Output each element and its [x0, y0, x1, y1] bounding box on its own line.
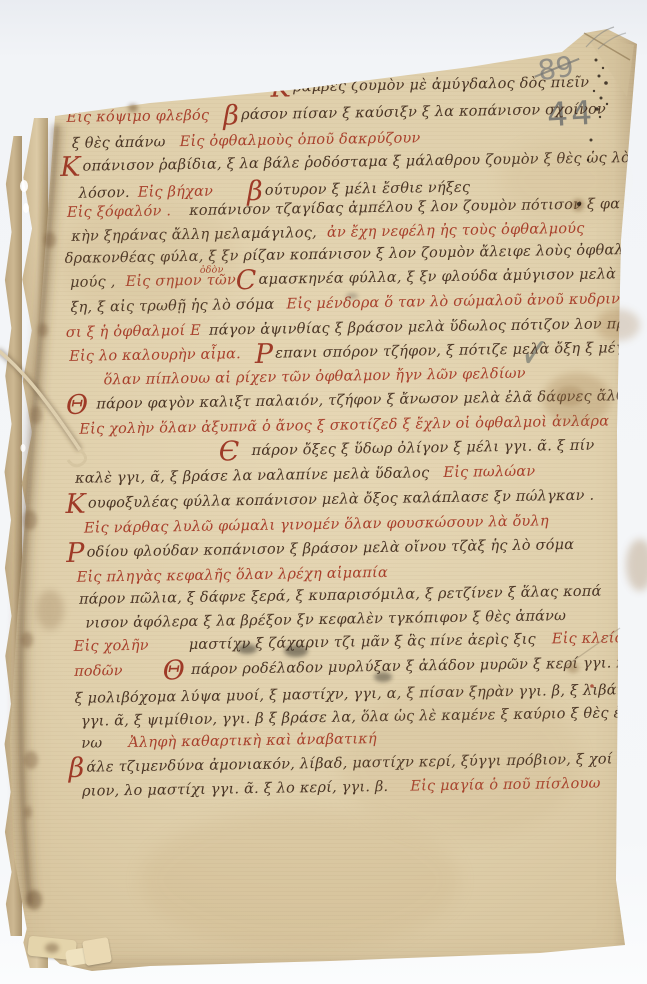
- body-text: νισον ἀφόλερα ξ λα βρέξον ξν κεφαλὲν τγκ…: [85, 609, 566, 632]
- manuscript-line-16: Єπάρον ὄξες ξ ὕδωρ ὀλίγον ξ μέλι γγι. ᾶ.…: [219, 439, 595, 461]
- manuscript-page: ιατρέγι έρα 89 44 ✓ ὅλαν σπασθῇ ἡ φωνήΚρ…: [0, 0, 647, 984]
- body-text: πάρον ροδέλαδον μυρλύξαν ξ ἀλάδον μυρῶν …: [191, 656, 638, 679]
- rubric-text: ὅλαν πίπλουω αἱ ρίχεν τῶν ὀφθαλμον ἤγν λ…: [103, 367, 525, 390]
- manuscript-line-23: νισον ἀφόλερα ξ λα βρέξον ξν κεφαλὲν τγκ…: [85, 609, 566, 632]
- body-text: ράμβες ζουμὸν μὲ ἀμύγδαλος δὸς πιεῖν: [293, 76, 589, 97]
- manuscript-line-18: Κουφοξυλέας φύλλα κοπάνισον μελὰ ὄξος κα…: [65, 489, 594, 513]
- body-text: ξη, ξ αἰς τρωθῇ ἡς λὸ σόμα: [70, 298, 274, 317]
- body-text: ούτυρον ξ μέλι ἔσθιε νήξες: [265, 181, 471, 200]
- manuscript-text-block: ὅλαν σπασθῇ ἡ φωνήΚράμβες ζουμὸν μὲ ἀμύγ…: [0, 0, 647, 984]
- manuscript-line-14: Θπάρον φαγὸν καλιξτ παλαιόν, τζήφον ξ ἄν…: [66, 389, 642, 414]
- pencil-inscription: ιατρέγι έρα: [227, 31, 379, 73]
- body-text: οπάνισον ῥαβίδια, ξ λα βάλε ῥοδόσταμα ξ …: [82, 151, 639, 176]
- rubric-text: Εἰς βήχαν: [138, 185, 214, 202]
- manuscript-line-12: Εἰς λο καλουρὴν αἷμα.Ρεπανι σπόρον τζήφο…: [69, 341, 647, 366]
- body-text: πάγον ἀψινθίας ξ βράσον μελὰ ὕδωλος πότι…: [209, 317, 643, 340]
- manuscript-line-15: Εἰς χολὴν ὅλαν ἀξυπνᾶ ὁ ἄνος ξ σκοτίζεδ …: [79, 414, 609, 438]
- manuscript-line-21: Εἰς πληγὰς κεφαλῆς ὅλαν λρέχη αἱμαπία: [77, 566, 388, 587]
- manuscript-line-3: ξ θὲς ἀπάνωΕἰς ὀφθαλμοὺς ὁποῦ δακρύζουν: [72, 131, 421, 152]
- manuscript-line-30: ριον, λο μαστίχι γγι. ᾶ. ξ λο κερί, γγι.…: [82, 777, 601, 801]
- body-text: πάρον πῶλια, ξ δάφνε ξερά, ξ κυπαρισόμιλ…: [79, 585, 602, 609]
- manuscript-line-7: κὴν ξηράνας ἄλλη μελαμάγιλος,ἀν ἔχη νεφέ…: [71, 222, 585, 246]
- body-text: οδίου φλούδαν κοπάνισον ξ βράσον μελὰ οἴ…: [87, 538, 575, 562]
- rubric-text: Εἰς κόψιμο φλεβός: [66, 109, 209, 127]
- body-text: αμασκηνέα φύλλα, ξ ξν φλούδα ἀμύγισον με…: [258, 267, 629, 289]
- paper-tab: [82, 937, 112, 966]
- manuscript-line-26: ξ μολιβόχομα λύψα μυοί, ξ μαστίχν, γγι, …: [74, 683, 631, 708]
- scan-background: ιατρέγι έρα 89 44 ✓ ὅλαν σπασθῇ ἡ φωνήΚρ…: [0, 0, 647, 984]
- rubric-text: Εἰς κλείσαν: [552, 631, 644, 648]
- body-text: επανι σπόρον τζήφον, ξ πότιζε μελὰ ὄξη ξ…: [275, 341, 647, 363]
- rubric-text: Εἰς πωλώαν: [443, 465, 535, 482]
- rubric-text: Εἰς μένδορα ὅ ταν λὸ σώμαλοῦ ἀνοῦ κυδριν…: [286, 292, 626, 313]
- body-text: πάρον φαγὸν καλιξτ παλαιόν, τζήφον ξ ἄνω…: [96, 389, 642, 414]
- rubric-text: Εἰς μαγία ὁ ποῦ πίσλουω: [410, 777, 600, 796]
- rubric-text: Εἰς ὀφθαλμοὺς ὁποῦ δακρύζουν: [180, 131, 421, 151]
- manuscript-line-22: πάρον πῶλια, ξ δάφνε ξερά, ξ κυπαρισόμιλ…: [79, 585, 602, 609]
- rubric-text: Εἰς πληγὰς κεφαλῆς ὅλαν λρέχη αἱμαπία: [77, 566, 388, 587]
- manuscript-line-28: νωἈληφὴ καθαρτικὴ καὶ ἀναβατική: [81, 732, 377, 753]
- rubric-text: ἀν ἔχη νεφέλη ἠς τοὺς ὀφθαλμούς: [327, 222, 585, 242]
- manuscript-line-17: καλὲ γγι, ᾶ, ξ βράσε λα ναλαπίνε μελὰ ὕδ…: [75, 465, 535, 488]
- manuscript-line-20: Ροδίου φλούδαν κοπάνισον ξ βράσον μελὰ ο…: [66, 538, 574, 562]
- rubric-text: Εἰς χολὴν ὅλαν ἀξυπνᾶ ὁ ἄνος ξ σκοτίζεδ …: [79, 414, 609, 438]
- manuscript-line-27: γγι. ᾶ, ξ ψιμίθιον, γγι. β ξ βράσε λα, ὅ…: [81, 706, 642, 731]
- body-text: ριον, λο μαστίχι γγι. ᾶ. ξ λο κερί, γγι.…: [82, 780, 389, 801]
- manuscript-line-11: σι ξ ἡ ὀφθαλμοί Επάγον ἀψινθίας ξ βράσον…: [66, 317, 643, 342]
- rubric-text: ποδῶν: [74, 664, 123, 681]
- body-text: γγι. ᾶ, ξ ψιμίθιον, γγι. β ξ βράσε λα, ὅ…: [81, 706, 642, 731]
- manuscript-line-4: Κοπάνισον ῥαβίδια, ξ λα βάλε ῥοδόσταμα ξ…: [60, 151, 639, 176]
- body-text: άλε τζιμενδύνα ἀμονιακόν, λίβαδ, μαστίχν…: [86, 752, 612, 776]
- superscript-gloss: ὀδὸν: [200, 265, 224, 276]
- body-text: ξ θὲς ἀπάνω: [72, 135, 166, 152]
- body-text: ὅλαν σπασθῇ ἡ φωνή: [74, 81, 233, 99]
- body-text: λόσον.: [79, 186, 130, 203]
- rubric-text: σι ξ ἡ ὀφθαλμοί Ε: [66, 324, 201, 342]
- manuscript-line-2: Εἰς κόψιμο φλεβόςβράσον πίσαν ξ καύσιξν …: [66, 102, 606, 126]
- rubric-text: Εἰς λο καλουρὴν αἷμα.: [69, 347, 241, 366]
- manuscript-line-8: δρακονθέας φύλα, ξ ξν ρίζαν κοπάνισον ξ …: [65, 243, 624, 268]
- body-text: δρακονθέας φύλα, ξ ξν ρίζαν κοπάνισον ξ …: [65, 243, 624, 268]
- body-text: μαστίχν ξ ζάχαριν τζι μᾶν ξ ἃς πίνε ἀερὶ…: [189, 633, 536, 654]
- body-text: ουφοξυλέας φύλλα κοπάνισον μελὰ ὄξος καλ…: [88, 489, 595, 513]
- manuscript-line-1: ὅλαν σπασθῇ ἡ φωνήΚράμβες ζουμὸν μὲ ἀμύγ…: [74, 76, 589, 100]
- body-text: κὴν ξηράνας ἄλλη μελαμάγιλος,: [71, 226, 317, 246]
- manuscript-line-19: Εἰς νάρθας λυλῶ φώμαλι γινομέν ὅλαν φουσ…: [84, 514, 549, 537]
- body-text: πάρον ὄξες ξ ὕδωρ ὀλίγον ξ μέλι γγι. ᾶ. …: [251, 439, 594, 460]
- manuscript-line-29: βάλε τζιμενδύνα ἀμονιακόν, λίβαδ, μαστίχ…: [69, 752, 613, 776]
- manuscript-line-25: ποδῶνΘπάρον ροδέλαδον μυρλύξαν ξ ἀλάδον …: [74, 656, 638, 681]
- manuscript-line-13: ὅλαν πίπλουω αἱ ρίχεν τῶν ὀφθαλμον ἤγν λ…: [103, 367, 525, 390]
- rubric-text: Ἀληφὴ καθαρτικὴ καὶ ἀναβατική: [128, 732, 377, 752]
- body-text: μούς ,: [70, 275, 116, 292]
- manuscript-line-9: μούς ,Εἰς σημον τῶνὀδὸνϹαμασκηνέα φύλλα,…: [70, 267, 630, 292]
- body-text: ράσον πίσαν ξ καύσιξν ξ λα κοπάνισον σχο…: [241, 102, 606, 124]
- body-text: νω: [81, 736, 102, 752]
- rubric-text: Εἰς νάρθας λυλῶ φώμαλι γινομέν ὅλαν φουσ…: [84, 514, 549, 537]
- rubric-text: Εἰς χολῆν: [74, 639, 149, 656]
- rubric-text: Εἰς ξόφαλόν .: [67, 204, 171, 222]
- manuscript-line-24: Εἰς χολῆνμαστίχν ξ ζάχαριν τζι μᾶν ξ ἃς …: [74, 631, 644, 656]
- manuscript-line-10: ξη, ξ αἰς τρωθῇ ἡς λὸ σόμαΕἰς μένδορα ὅ …: [70, 292, 626, 317]
- body-text: ξ μολιβόχομα λύψα μυοί, ξ μαστίχν, γγι, …: [74, 683, 631, 708]
- body-text: καλὲ γγι, ᾶ, ξ βράσε λα ναλαπίνε μελὰ ὕδ…: [75, 466, 429, 488]
